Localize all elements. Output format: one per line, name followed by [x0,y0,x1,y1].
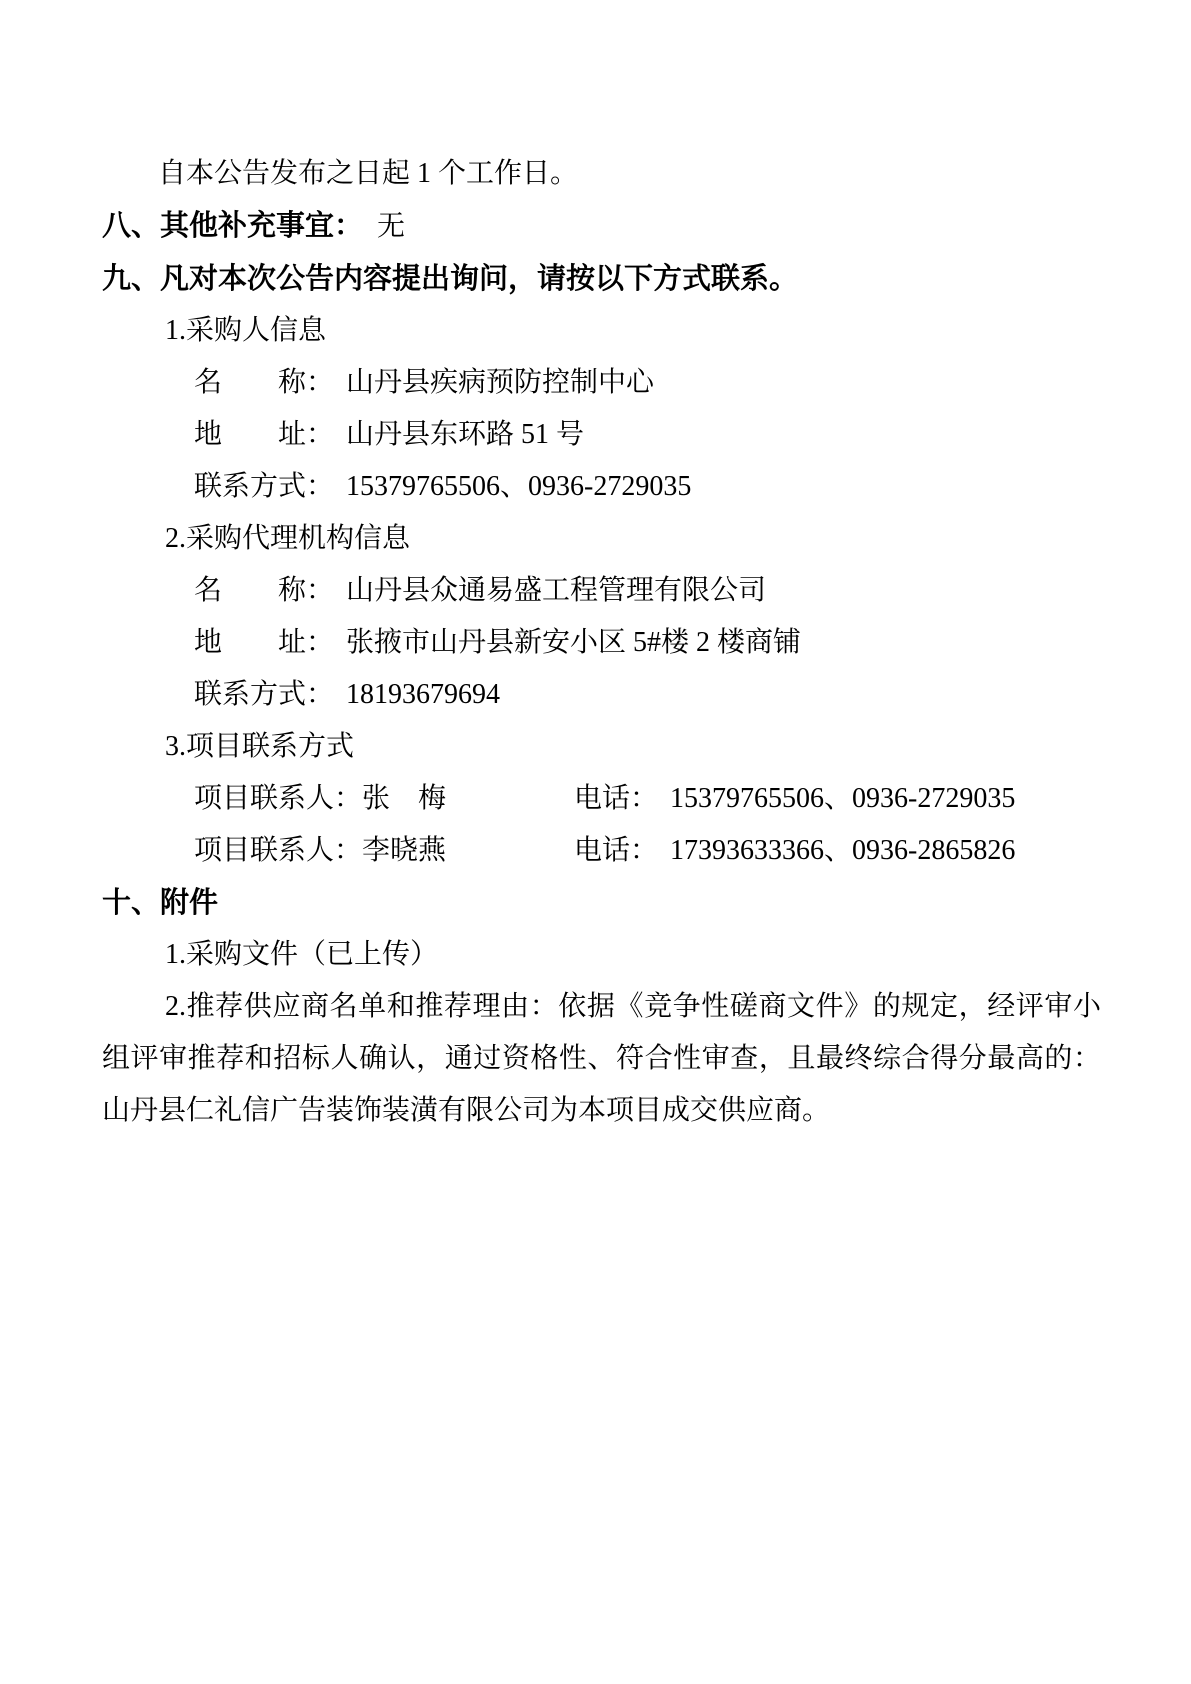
project-contact-label: 项目联系人： [194,835,362,866]
project-contacts-title: 3.项目联系方式 [102,721,1101,773]
agency-contact-label: 联系方式： [194,679,334,710]
purchaser-address-row: 地 址：山丹县东环路 51 号 [102,409,1101,461]
project-contact-phone-label: 电话： [574,835,658,866]
purchaser-contact-row: 联系方式：15379765506、0936-2729035 [102,461,1101,513]
agency-name-value: 山丹县众通易盛工程管理有限公司 [346,575,766,606]
notice-period-text: 自本公告发布之日起 1 个工作日。 [102,148,1101,200]
project-contact-phone-value: 17393633366、0936-2865826 [670,835,1015,866]
purchaser-address-value: 山丹县东环路 51 号 [346,419,584,450]
project-contact-row: 项目联系人：张 梅电话：15379765506、0936-2729035 [102,773,1101,825]
purchaser-address-label: 地 址： [194,419,334,450]
agency-contact-value: 18193679694 [346,679,500,710]
section-other-row: 八、其他补充事宜：无 [102,200,1101,253]
project-contact-label: 项目联系人： [194,783,362,814]
purchaser-title: 1.采购人信息 [102,305,1101,357]
purchaser-name-value: 山丹县疾病预防控制中心 [346,367,654,398]
purchaser-name-row: 名 称：山丹县疾病预防控制中心 [102,357,1101,409]
agency-contact-row: 联系方式：18193679694 [102,669,1101,721]
purchaser-contact-value: 15379765506、0936-2729035 [346,471,691,502]
attachment-item-recommendation: 2.推荐供应商名单和推荐理由：依据《竞争性磋商文件》的规定，经评审小组评审推荐和… [102,981,1101,1137]
section-other-heading: 八、其他补充事宜： [102,210,363,242]
agency-name-label: 名 称： [194,575,334,606]
agency-title: 2.采购代理机构信息 [102,513,1101,565]
project-contact-name: 张 梅 [362,783,446,814]
attachment-item-file: 1.采购文件（已上传） [102,929,1101,981]
purchaser-name-label: 名 称： [194,367,334,398]
agency-name-row: 名 称：山丹县众通易盛工程管理有限公司 [102,565,1101,617]
project-contact-name: 李晓燕 [362,835,446,866]
agency-address-row: 地 址：张掖市山丹县新安小区 5#楼 2 楼商铺 [102,617,1101,669]
announcement-page: 自本公告发布之日起 1 个工作日。 八、其他补充事宜：无 九、凡对本次公告内容提… [0,0,1191,1684]
agency-address-value: 张掖市山丹县新安小区 5#楼 2 楼商铺 [346,627,801,658]
purchaser-contact-label: 联系方式： [194,471,334,502]
agency-address-label: 地 址： [194,627,334,658]
project-contact-row: 项目联系人：李晓燕电话：17393633366、0936-2865826 [102,825,1101,877]
project-contact-phone-label: 电话： [574,783,658,814]
project-contact-person: 项目联系人：李晓燕 [194,825,574,877]
section-other-value: 无 [377,211,405,242]
section-inquiry-heading: 九、凡对本次公告内容提出询问，请按以下方式联系。 [102,253,1101,305]
project-contact-person: 项目联系人：张 梅 [194,773,574,825]
project-contact-phone-value: 15379765506、0936-2729035 [670,783,1015,814]
section-attachments-heading: 十、附件 [102,877,1101,929]
